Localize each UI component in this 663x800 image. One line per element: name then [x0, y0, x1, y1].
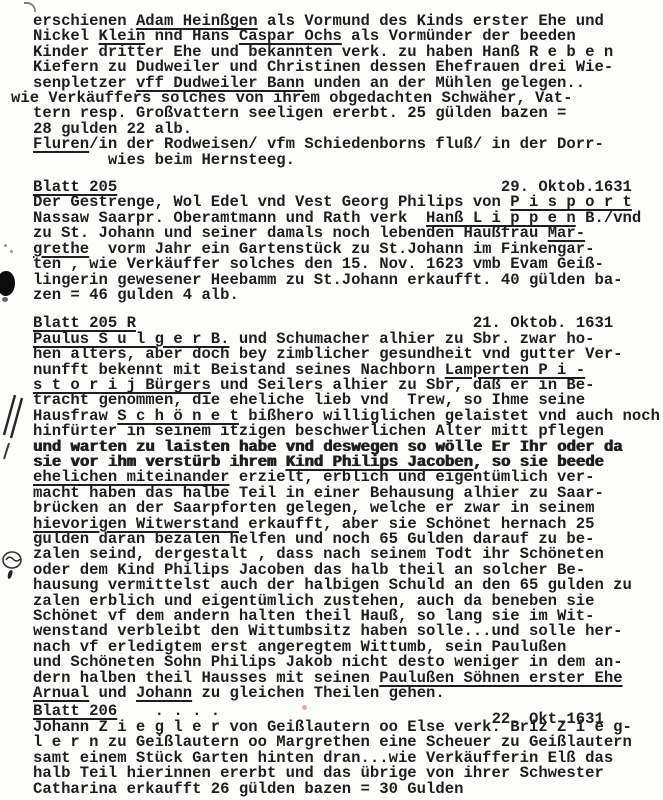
text-line: Catharina erkaufft 26 gülden bazen = 30 …	[33, 782, 663, 797]
margin-double-slash-mark	[1, 393, 25, 463]
text-segment: 22. Okt.1631	[492, 710, 604, 728]
text-segment: Johann	[136, 684, 192, 702]
text-line: zen = 46 gulden 4 alb.	[33, 288, 663, 303]
text-line: wies beim Hernsteeg.	[33, 153, 663, 168]
document-text: erschienen Adam Heinßgen als Vormund des…	[33, 14, 663, 797]
ink-blob	[0, 271, 15, 296]
text-segment: zen = 46 gulden 4 alb.	[33, 286, 239, 304]
text-segment: B./vnd	[576, 209, 642, 227]
text-segment: Catharina erkaufft 26 gülden bazen = 30 …	[33, 780, 463, 798]
pink-speck	[302, 705, 307, 710]
text-segment: wies beim Hernsteeg.	[33, 151, 295, 169]
text-line: Arnual und Johann zu gleichen Theilen ge…	[33, 686, 663, 701]
ink-blob-tail	[2, 297, 8, 302]
margin-scribble-mark	[1, 550, 25, 570]
text-segment: zu gleichen Theilen gehen.	[192, 684, 445, 702]
pen-tick-mark	[24, 2, 36, 12]
text-segment: und	[89, 684, 136, 702]
document-page: erschienen Adam Heinßgen als Vormund des…	[0, 0, 663, 800]
margin-comma-mark	[7, 570, 13, 580]
text-segment: Arnual	[33, 684, 89, 702]
